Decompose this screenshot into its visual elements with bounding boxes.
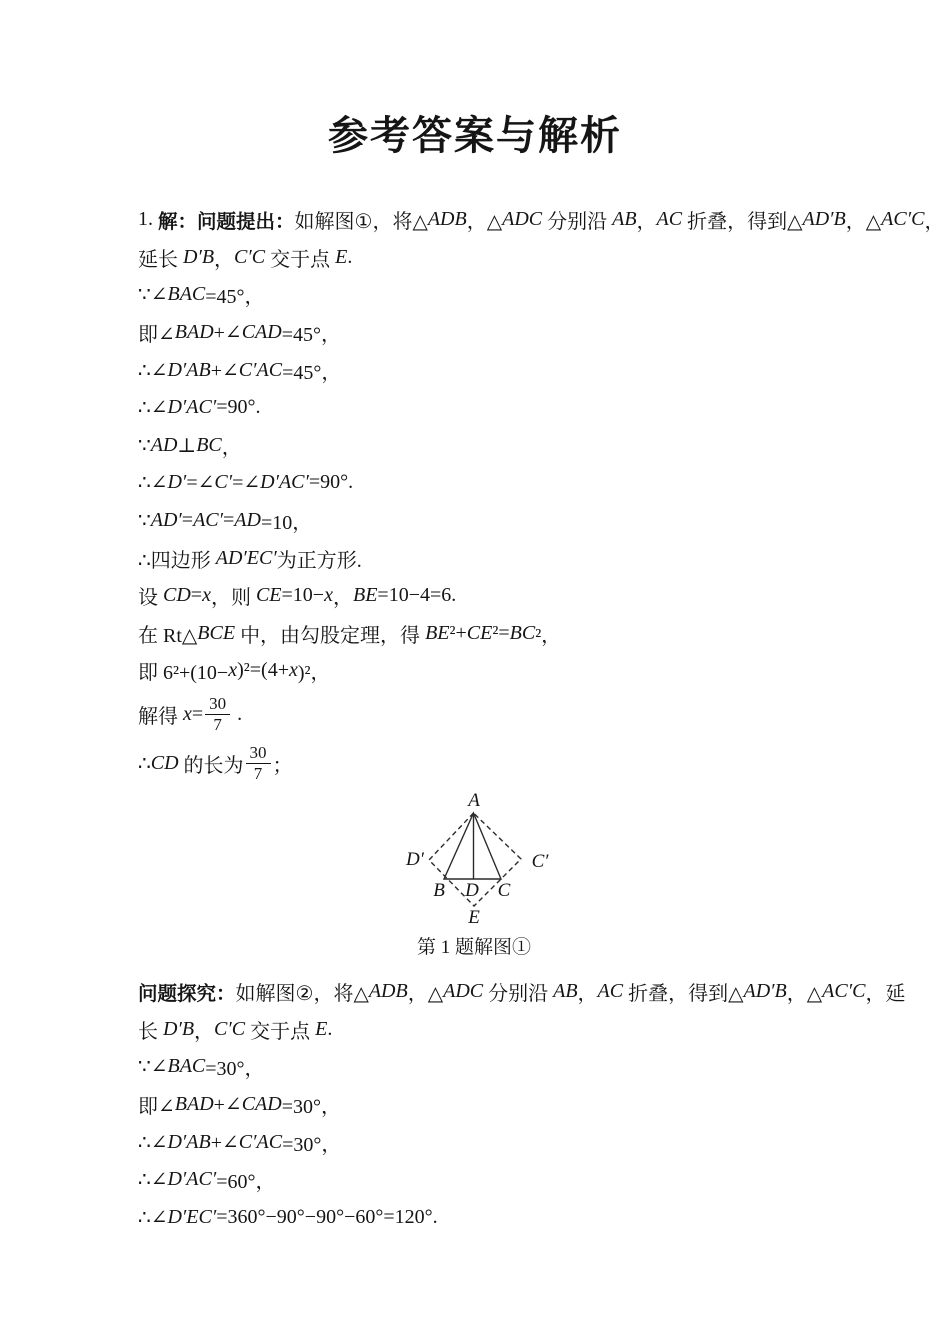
math-text: D′: [167, 471, 186, 494]
page-title: 参考答案与解析: [0, 104, 950, 161]
math-text: AD′B: [803, 208, 846, 231]
body-text: ²，: [535, 619, 561, 648]
vertex-label-B: B: [433, 880, 445, 901]
body-text: =: [223, 509, 234, 532]
text-line: ∴∠D′=∠C′=∠D′AC′=90°.: [138, 464, 832, 502]
body-text: ²=: [492, 622, 509, 645]
body-text: =: [192, 703, 203, 726]
math-text: AD′B: [744, 980, 787, 1003]
math-text: CE: [467, 622, 493, 645]
math-text: AC: [598, 980, 624, 1003]
math-text: BE: [425, 622, 449, 645]
math-text: x: [202, 584, 211, 607]
vertex-label-D: D: [464, 880, 479, 901]
body-text: ，: [637, 205, 657, 234]
text-line: 即∠BAD+∠CAD=30°，: [138, 1086, 832, 1124]
body-text: 如解图①，将△: [295, 205, 428, 234]
body-text: ，△: [787, 977, 822, 1006]
math-text: CAD: [242, 321, 282, 344]
body-text: 即∠: [138, 318, 175, 347]
math-text: CD: [151, 752, 179, 775]
text-line: ∵AD′=AC′=AD=10，: [138, 502, 832, 540]
body-text: 的长为: [179, 749, 244, 778]
math-text: AB: [553, 980, 577, 1003]
body-text: 解得: [138, 700, 183, 729]
body-text: ∴∠: [138, 470, 167, 495]
fraction-numerator: 30: [205, 694, 230, 715]
body-text: 即 6²+(10−: [138, 656, 228, 685]
math-text: C′C: [214, 1018, 245, 1041]
body-text: ，: [333, 581, 353, 610]
math-text: E: [315, 1018, 327, 1041]
math-text: C′: [214, 471, 232, 494]
math-text: CAD: [242, 1093, 282, 1116]
math-text: D′B: [163, 1018, 194, 1041]
text-line: ∴∠D′AB+∠C′AC=30°，: [138, 1123, 832, 1161]
body-text: ∴∠: [138, 1130, 167, 1155]
text-line: ∴∠D′EC′=360°−90°−90°−60°=120°.: [138, 1199, 832, 1237]
math-text: BAC: [167, 1055, 205, 1078]
body-text: =∠: [232, 470, 260, 495]
body-text: =10−4=6.: [377, 584, 456, 607]
body-text: ∴∠: [138, 395, 167, 420]
body-text: ∴∠: [138, 1167, 167, 1192]
body-text: =∠: [186, 470, 214, 495]
body-text: =45°，: [205, 280, 264, 309]
body-text: ∵∠: [138, 1054, 167, 1079]
body-text: ；: [273, 749, 293, 778]
body-text: 延长: [138, 243, 183, 272]
body-text: =90°.: [309, 471, 353, 494]
body-text: 在 Rt△: [138, 619, 197, 648]
body-text: ，: [578, 977, 598, 1006]
math-text: x: [324, 584, 333, 607]
math-text: x: [228, 659, 237, 682]
body-text: 为正方形.: [277, 544, 362, 573]
body-text: ∵: [138, 508, 151, 533]
body-text: =: [191, 584, 202, 607]
fraction-numerator: 30: [246, 743, 271, 764]
body-text: ，: [222, 431, 242, 460]
body-text: ，: [214, 243, 234, 272]
text-line: 设 CD=x，则 CE=10−x，BE=10−4=6.: [138, 577, 832, 615]
text-line: 1. 解：问题提出：如解图①，将△ADB，△ADC 分别沿 AB，AC 折叠，得…: [138, 201, 832, 239]
body-text: .: [327, 1018, 332, 1041]
math-text: C′C: [234, 246, 265, 269]
triangle-edges-path: [444, 813, 501, 879]
body-text: ，延: [865, 977, 905, 1006]
math-text: AD: [234, 509, 261, 532]
text-line: ∴∠D′AC′=60°，: [138, 1161, 832, 1199]
math-text: CE: [256, 584, 282, 607]
bold-label: 解：问题提出：: [158, 206, 295, 234]
body-text: 长: [138, 1015, 163, 1044]
body-text: =45°，: [282, 356, 341, 385]
body-text: 折叠，得到△: [623, 977, 743, 1006]
math-text: ADC: [502, 208, 542, 231]
body-text: ∵∠: [138, 282, 167, 307]
body-text: ，△: [467, 205, 502, 234]
body-text: =30°，: [205, 1052, 264, 1081]
math-text: AD′EC′: [216, 547, 277, 570]
text-line: 问题探究：如解图②，将△ADB，△ADC 分别沿 AB，AC 折叠，得到△AD′…: [138, 973, 832, 1011]
vertex-label-C-prime: C′: [532, 851, 550, 872]
math-text: AD: [151, 434, 178, 457]
body-text: +∠: [214, 1092, 242, 1117]
math-text: AC′C: [822, 980, 865, 1003]
body-text: ，△: [408, 977, 443, 1006]
geometry-figure: A D′ C′ B D C E: [395, 790, 565, 932]
body-text: ，: [924, 205, 944, 234]
body-text: 如解图②，将△: [236, 977, 369, 1006]
math-text: D′EC′: [167, 1206, 216, 1229]
text-line: 解得 x=307 .: [138, 690, 832, 739]
body-text: ∴: [138, 751, 151, 776]
math-text: D′AB: [167, 1131, 210, 1154]
math-text: E: [335, 246, 347, 269]
body-text: =10，: [261, 506, 312, 535]
math-text: BAD: [175, 321, 214, 344]
math-text: AC′C: [881, 208, 924, 231]
body-text: ⊥: [177, 433, 196, 458]
solid-triangle-ABC: [444, 813, 501, 879]
text-line: 延长 D′B，C′C 交于点 E.: [138, 239, 832, 277]
fraction: 307: [205, 694, 230, 734]
body-text: +∠: [214, 320, 242, 345]
document-page: 参考答案与解析 1. 解：问题提出：如解图①，将△ADB，△ADC 分别沿 AB…: [0, 0, 950, 1344]
vertex-label-E: E: [467, 907, 480, 928]
text-line: ∴∠D′AB+∠C′AC=45°，: [138, 351, 832, 389]
math-text: AD′: [151, 509, 182, 532]
math-text: D′AC′: [167, 396, 216, 419]
math-text: ADB: [369, 980, 408, 1003]
body-text: +∠: [211, 358, 239, 383]
body-text: 分别沿: [483, 977, 553, 1006]
body-text: ∴∠: [138, 358, 167, 383]
fraction-denominator: 7: [250, 764, 267, 784]
math-text: ADC: [443, 980, 483, 1003]
vertex-label-D-prime: D′: [405, 849, 425, 870]
text-line: ∵∠BAC=30°，: [138, 1048, 832, 1086]
math-text: C′AC: [239, 359, 282, 382]
bold-label: 问题探究：: [138, 978, 236, 1006]
body-text: 中，由勾股定理，得: [235, 619, 425, 648]
math-text: BCE: [197, 622, 235, 645]
math-text: D′AC′: [260, 471, 309, 494]
body-text: )²=(4+: [237, 659, 289, 682]
body-text: ∴四边形: [138, 544, 216, 573]
math-text: D′AC′: [167, 1168, 216, 1191]
body-text: 即∠: [138, 1090, 175, 1119]
body-text: 分别沿: [542, 205, 612, 234]
text-line: 即 6²+(10−x)²=(4+x)²，: [138, 652, 832, 690]
text-line: 长 D′B，C′C 交于点 E.: [138, 1011, 832, 1049]
body-text: =360°−90°−90°−60°=120°.: [216, 1206, 437, 1229]
body-text: =: [182, 509, 193, 532]
body-text: ，则: [211, 581, 256, 610]
body-text: ，: [194, 1015, 214, 1044]
body-text: 折叠，得到△: [682, 205, 802, 234]
text-line: ∵AD⊥BC，: [138, 427, 832, 465]
figure-caption: 第 1 题解图①: [138, 932, 810, 962]
body-text: +∠: [211, 1130, 239, 1155]
math-text: BAD: [175, 1093, 214, 1116]
math-text: CD: [163, 584, 191, 607]
text-line: 在 Rt△BCE 中，由勾股定理，得 BE²+CE²=BC²，: [138, 615, 832, 653]
fraction-denominator: 7: [209, 715, 226, 735]
math-text: AC: [657, 208, 683, 231]
body-text: =10−: [282, 584, 325, 607]
body-text: ²+: [450, 622, 467, 645]
math-text: AC′: [193, 509, 223, 532]
body-text: =60°，: [216, 1165, 275, 1194]
exploration-section: 问题探究：如解图②，将△ADB，△ADC 分别沿 AB，AC 折叠，得到△AD′…: [138, 973, 832, 1236]
body-text: ∵: [138, 433, 151, 458]
vertex-label-A: A: [466, 790, 480, 811]
body-text: 交于点: [265, 243, 335, 272]
math-text: AB: [612, 208, 636, 231]
math-text: x: [183, 703, 192, 726]
text-line: ∴四边形 AD′EC′为正方形.: [138, 539, 832, 577]
body-text: =90°.: [216, 396, 260, 419]
body-text: 1.: [138, 208, 158, 231]
math-text: x: [289, 659, 298, 682]
body-text: .: [347, 246, 352, 269]
math-text: ADB: [428, 208, 467, 231]
body-text: )²，: [298, 656, 331, 685]
vertex-label-C: C: [498, 880, 511, 901]
body-text: ，△: [846, 205, 881, 234]
math-text: D′B: [183, 246, 214, 269]
solution-section: 1. 解：问题提出：如解图①，将△ADB，△ADC 分别沿 AB，AC 折叠，得…: [138, 201, 832, 788]
body-text: 交于点: [245, 1015, 315, 1044]
body-text: =45°，: [282, 318, 341, 347]
body-text: =30°，: [282, 1090, 341, 1119]
text-line: ∵∠BAC=45°，: [138, 276, 832, 314]
text-line: 即∠BAD+∠CAD=45°，: [138, 314, 832, 352]
math-text: C′AC: [239, 1131, 282, 1154]
math-text: BAC: [167, 283, 205, 306]
math-text: BC: [510, 622, 536, 645]
math-text: BC: [196, 434, 222, 457]
body-text: .: [232, 703, 242, 726]
text-line: ∴∠D′AC′=90°.: [138, 389, 832, 427]
body-text: =30°，: [282, 1128, 341, 1157]
fraction: 307: [246, 743, 271, 783]
body-text: ∴∠: [138, 1205, 167, 1230]
math-text: BE: [353, 584, 377, 607]
text-line: ∴CD 的长为307；: [138, 739, 832, 788]
math-text: D′AB: [167, 359, 210, 382]
body-text: 设: [138, 581, 163, 610]
